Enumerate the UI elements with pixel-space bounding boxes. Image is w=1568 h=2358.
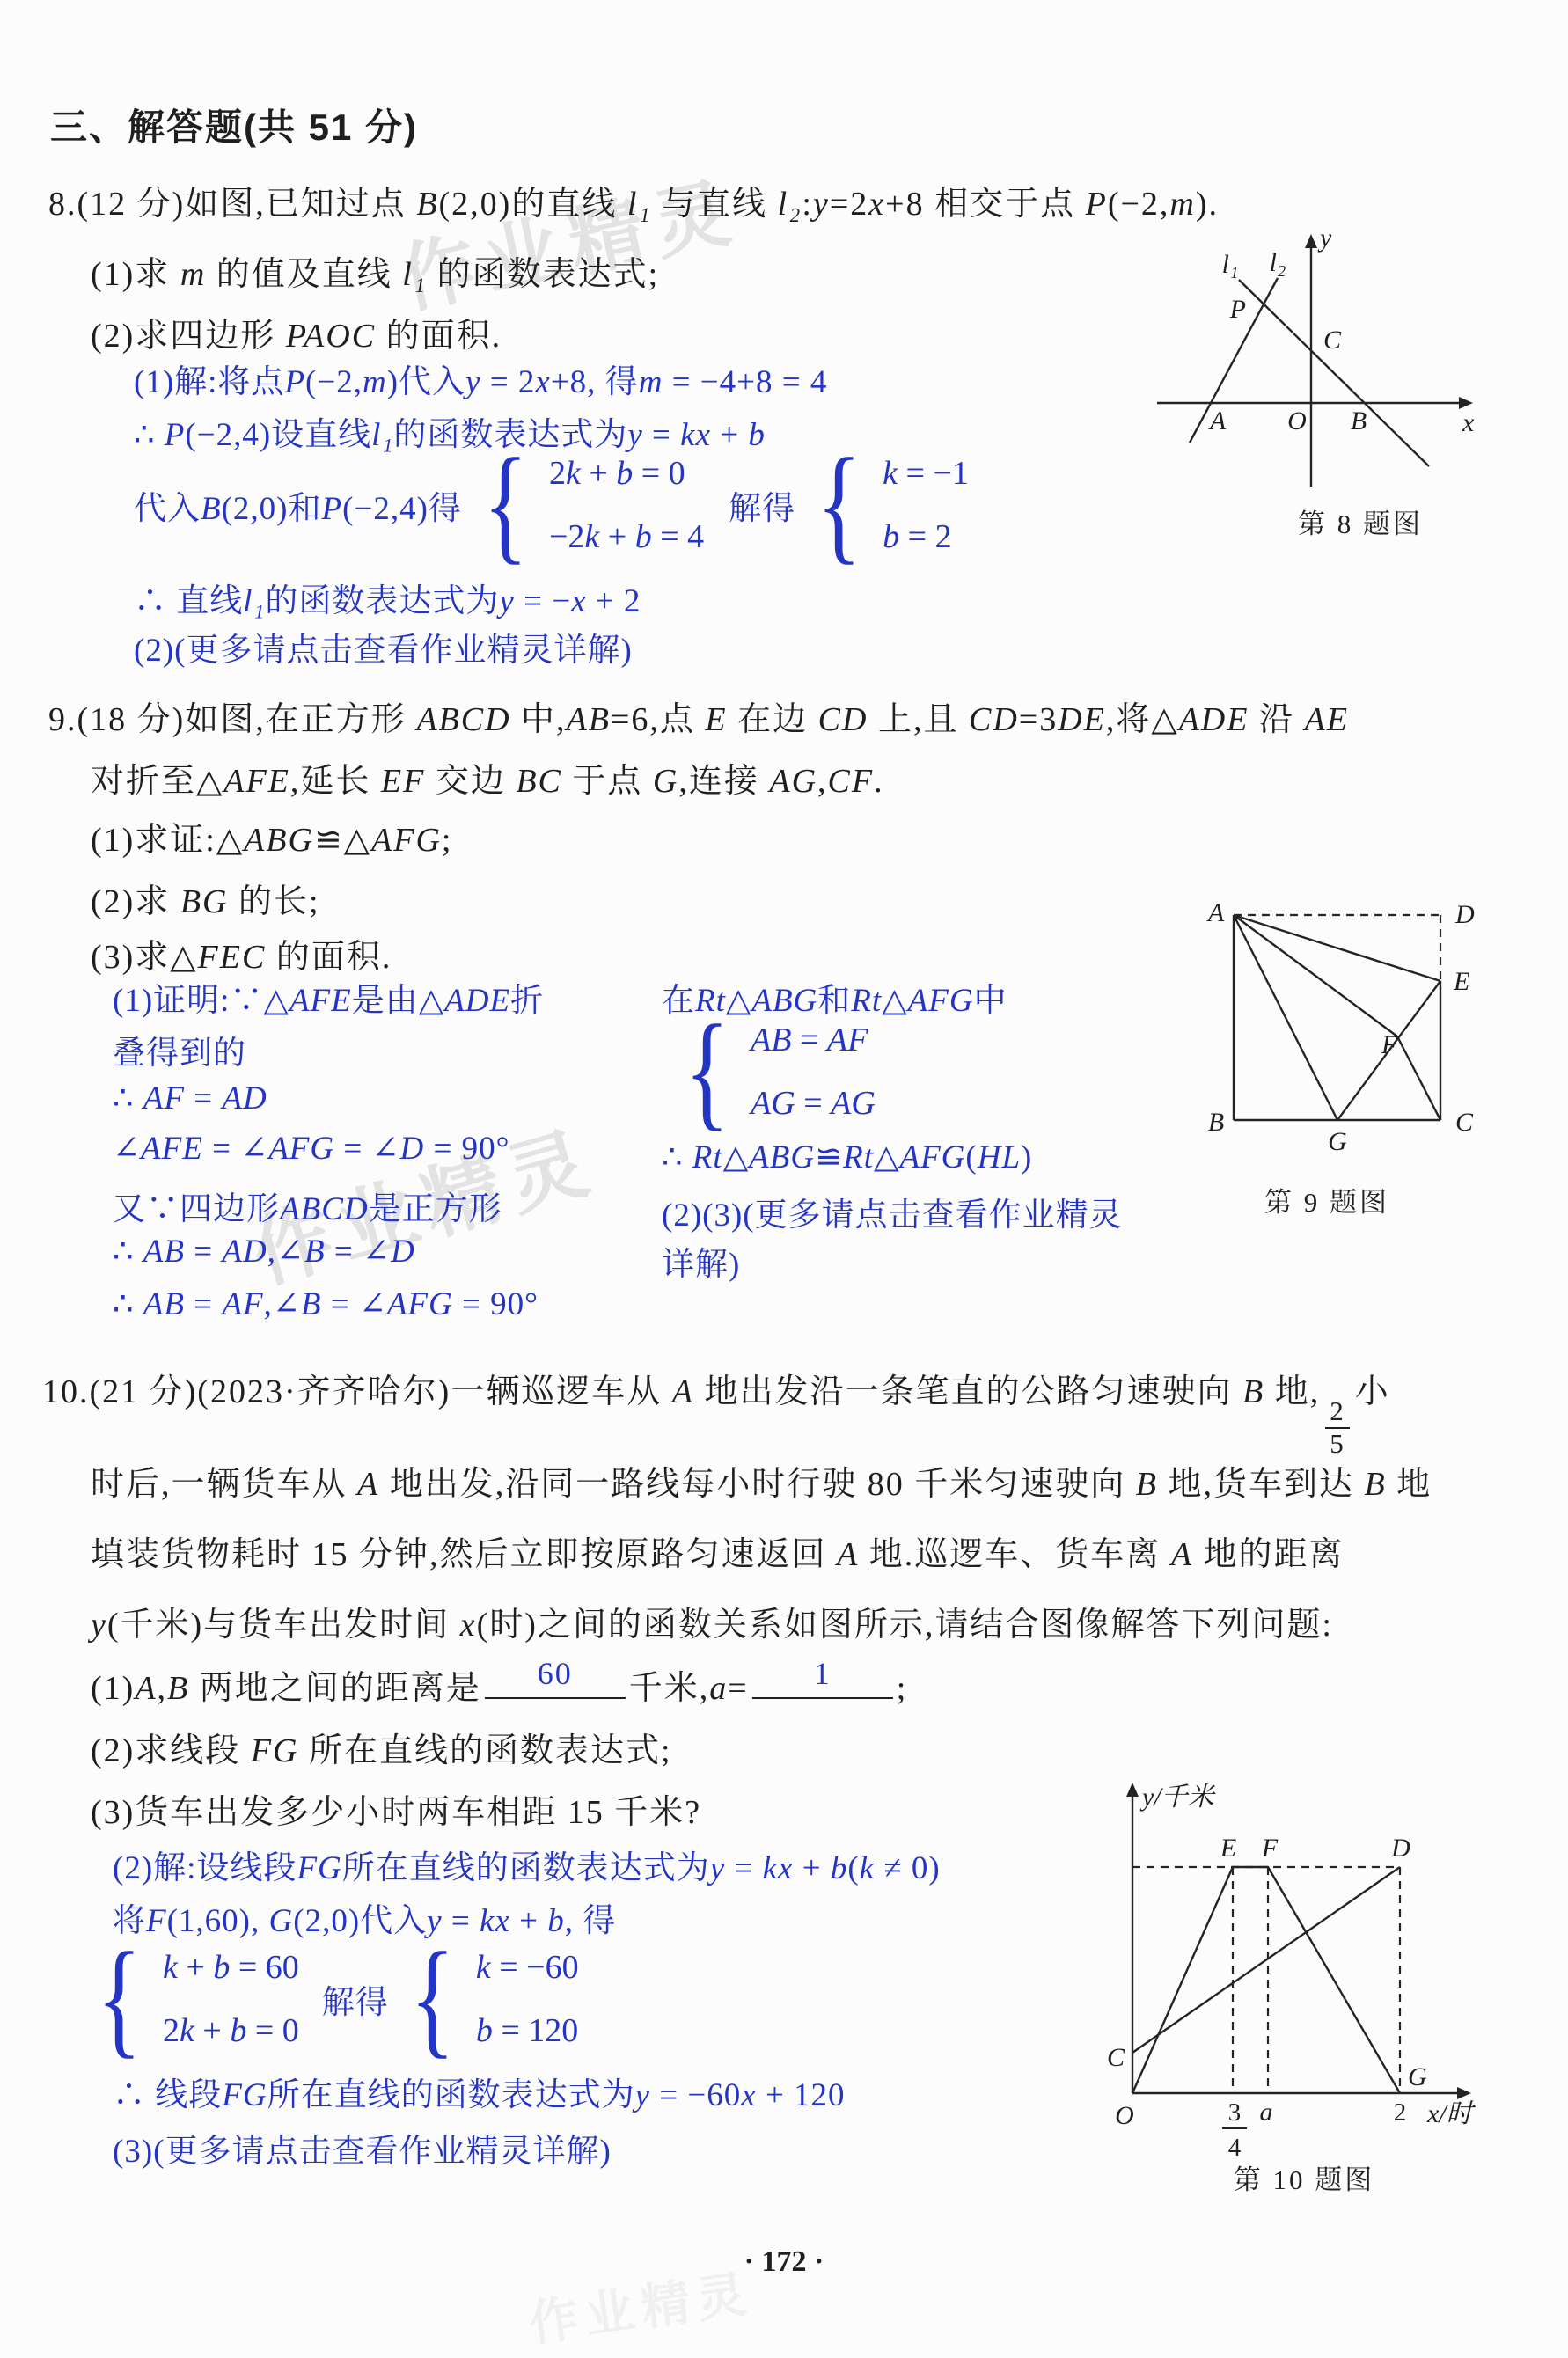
left-brace: { (685, 1016, 729, 1127)
fraction-denominator: 5 (1330, 1429, 1345, 1460)
problem-10-statement-line4: y(千米)与货车出发时间 x(时)之间的函数关系如图所示,请结合图像解答下列问题… (91, 1597, 1333, 1645)
figure-8-caption: 第 8 题图 (1298, 509, 1423, 539)
p10-statement-1a: 10.(21 分)(2023·齐齐哈尔)一辆巡逻车从 A 地出发沿一条笔直的公路… (42, 1373, 1320, 1410)
segment-CF (1397, 1036, 1440, 1120)
label-F: F (1381, 1030, 1398, 1059)
p9-equation-2: AG = AG (751, 1084, 876, 1123)
truck-distance-line (1132, 1867, 1400, 2093)
answer-a: 1 (752, 1655, 893, 1692)
tick-three: 3 (1228, 2098, 1242, 2127)
problem-9-q1: (1)求证:△ABG≌△AFG; (91, 812, 452, 860)
label-D: D (1390, 1834, 1410, 1863)
p9-proof-line-5: 又∵四边形ABCD是正方形 (113, 1182, 502, 1229)
y-axis-arrow (1126, 1783, 1139, 1797)
left-brace: { (817, 450, 861, 560)
left-brace: { (483, 450, 528, 560)
label-C: C (1107, 2043, 1125, 2072)
tick-four: 4 (1228, 2134, 1242, 2162)
label-C: C (1455, 1108, 1474, 1137)
y-axis-label: y/千米 (1139, 1783, 1217, 1812)
segment-AF (1234, 915, 1397, 1036)
tick-a: a (1260, 2098, 1273, 2127)
problem-8-statement: 8.(12 分)如图,已知过点 B(2,0)的直线 l₁ 与直线 l₂:y=2x… (48, 176, 1219, 224)
label-A: A (1206, 898, 1225, 927)
problem-10-statement-line2: 时后,一辆货车从 A 地出发,沿同一路线每小时行驶 80 千米匀速驶向 B 地,… (91, 1456, 1432, 1505)
label-D: D (1454, 900, 1475, 929)
x-axis-arrow (1459, 397, 1473, 409)
problem-10-statement-line3: 填装货物耗时 15 分钟,然后立即按原路匀速返回 A 地.巡逻车、货车离 A 地… (91, 1527, 1344, 1575)
segment-AG (1234, 915, 1337, 1120)
p8-result-1: k = −1 (883, 454, 969, 493)
p9-proof-line-1: (1)证明:∵△AFE是由△ADE折 (113, 973, 544, 1021)
x-axis-arrow (1457, 2087, 1471, 2099)
problem-10-q3: (3)货车出发多少小时两车相距 15 千米? (91, 1784, 701, 1833)
p10-solve-label: 解得 (322, 1975, 389, 2023)
left-brace: { (97, 1944, 142, 2054)
p9-proof-line-4: ∠AFE = ∠AFG = ∠D = 90° (113, 1129, 509, 1168)
p10-solution-line-3: ∴ 线段FG所在直线的函数表达式为y = −60x + 120 (113, 2068, 846, 2115)
p10-result-1: k = −60 (476, 1948, 579, 1987)
problem-10-q2: (2)求线段 FG 所在直线的函数表达式; (91, 1723, 672, 1771)
page-number: · 172 · (0, 2245, 1568, 2279)
p8-equation-2: −2k + b = 4 (549, 517, 704, 556)
p8-solve-label: 解得 (729, 481, 795, 529)
p8-equation-1: 2k + b = 0 (549, 454, 704, 493)
p10-solution-line-1: (2)解:设线段FG所在直线的函数表达式为y = kx + b(k ≠ 0) (113, 1841, 941, 1888)
problem-10-statement-line1: 10.(21 分)(2023·齐齐哈尔)一辆巡逻车从 A 地出发沿一条笔直的公路… (42, 1364, 1390, 1459)
figure-10-caption: 第 10 题图 (1234, 2164, 1375, 2195)
label-B: B (1208, 1108, 1224, 1137)
p10-result-2: b = 120 (476, 2011, 579, 2050)
p8-system-prefix: 代入B(2,0)和P(−2,4)得 (134, 481, 462, 529)
label-l1: l₁ (1222, 250, 1239, 279)
label-O: O (1115, 2101, 1134, 2130)
problem-9-q2: (2)求 BG 的长; (91, 874, 320, 922)
p8-result-2: b = 2 (883, 517, 969, 556)
label-x: x (1462, 408, 1475, 437)
p9-proof-line-6: ∴ AB = AD,∠B = ∠D (113, 1232, 415, 1271)
p9-more-details-link-2[interactable]: 详解) (662, 1237, 740, 1285)
segment-AE (1234, 915, 1440, 981)
label-E: E (1220, 1834, 1236, 1863)
q1-text-2: 千米,a= (629, 1670, 749, 1707)
section-heading: 三、解答题(共 51 分) (50, 99, 418, 151)
p8-more-details-link[interactable]: (2)(更多请点击查看作业精灵详解) (134, 623, 633, 670)
label-C: C (1323, 326, 1342, 355)
p9-proof-line-3: ∴ AF = AD (113, 1079, 267, 1117)
label-l2: l₂ (1270, 248, 1286, 277)
p8-solution-line-3: ∴ 直线l₁的函数表达式为y = −x + 2 (134, 574, 641, 621)
p9-proof-line-2: 叠得到的 (113, 1026, 246, 1073)
x-axis-label: x/时 (1426, 2099, 1476, 2128)
p9-more-details-link[interactable]: (2)(3)(更多请点击查看作业精灵 (662, 1188, 1123, 1235)
figure-10: E F D C G O 3 4 a 2 x/时 y/千米 第 10 题图 (1082, 1723, 1568, 2202)
problem-9-statement-line2: 对折至△AFE,延长 EF 交边 BC 于点 G,连接 AG,CF. (91, 753, 884, 802)
line-l1 (1239, 280, 1429, 466)
p9-proof-line-7: ∴ AB = AF,∠B = ∠AFG = 90° (113, 1285, 539, 1323)
fraction-numerator: 2 (1325, 1396, 1350, 1429)
fraction-two-fifths: 25 (1325, 1396, 1350, 1459)
q1-text-1: (1)A,B 两地之间的距离是 (91, 1670, 481, 1707)
answer-blank-a: 1 (752, 1657, 893, 1699)
problem-8-q1: (1)求 m 的值及直线 l₁ 的函数表达式; (91, 246, 659, 295)
figure-9-caption: 第 9 题图 (1264, 1187, 1389, 1218)
answer-blank-distance: 60 (485, 1657, 626, 1699)
figure-8: l₁ l₂ P C A O B x y 第 8 题图 (1116, 209, 1566, 561)
q1-text-3: ; (897, 1670, 908, 1707)
p10-equation-2: 2k + b = 0 (163, 2011, 299, 2050)
label-F: F (1261, 1834, 1279, 1863)
tick-two: 2 (1394, 2098, 1407, 2127)
left-brace: { (410, 1944, 455, 2054)
problem-10-q1: (1)A,B 两地之间的距离是60千米,a=1; (91, 1657, 907, 1709)
p9-proof-right-2: ∴ Rt△ABG≌Rt△AFG(HL) (662, 1138, 1032, 1176)
p9-equation-system: { AB = AF AG = AG (676, 1010, 876, 1133)
p8-equation-system: 代入B(2,0)和P(−2,4)得 { 2k + b = 0 −2k + b =… (134, 438, 969, 572)
p10-equation-system: { k + b = 60 2k + b = 0 解得 { k = −60 b =… (88, 1932, 579, 2066)
label-B: B (1351, 406, 1367, 436)
problem-9-q3: (3)求△FEC 的面积. (91, 929, 392, 978)
label-A: A (1208, 406, 1227, 436)
p10-statement-1b: 小 (1355, 1373, 1390, 1410)
label-G: G (1408, 2062, 1427, 2091)
answer-distance: 60 (485, 1655, 626, 1692)
label-G: G (1328, 1127, 1347, 1156)
y-axis-arrow (1305, 234, 1317, 248)
label-y: y (1317, 223, 1332, 253)
p9-equation-1: AB = AF (751, 1021, 876, 1059)
p10-equation-1: k + b = 60 (163, 1948, 299, 1987)
p10-more-details-link[interactable]: (3)(更多请点击查看作业精灵详解) (113, 2124, 612, 2171)
label-P: P (1229, 295, 1246, 324)
label-O: O (1287, 406, 1307, 436)
label-E: E (1453, 967, 1469, 996)
figure-9: A D B C E F G 第 9 题图 (1170, 867, 1568, 1236)
p8-solution-line-1: (1)解:将点P(−2,m)代入y = 2x+8, 得m = −4+8 = 4 (134, 355, 827, 402)
problem-8-q2: (2)求四边形 PAOC 的面积. (91, 308, 502, 356)
problem-9-statement-line1: 9.(18 分)如图,在正方形 ABCD 中,AB=6,点 E 在边 CD 上,… (48, 692, 1349, 740)
